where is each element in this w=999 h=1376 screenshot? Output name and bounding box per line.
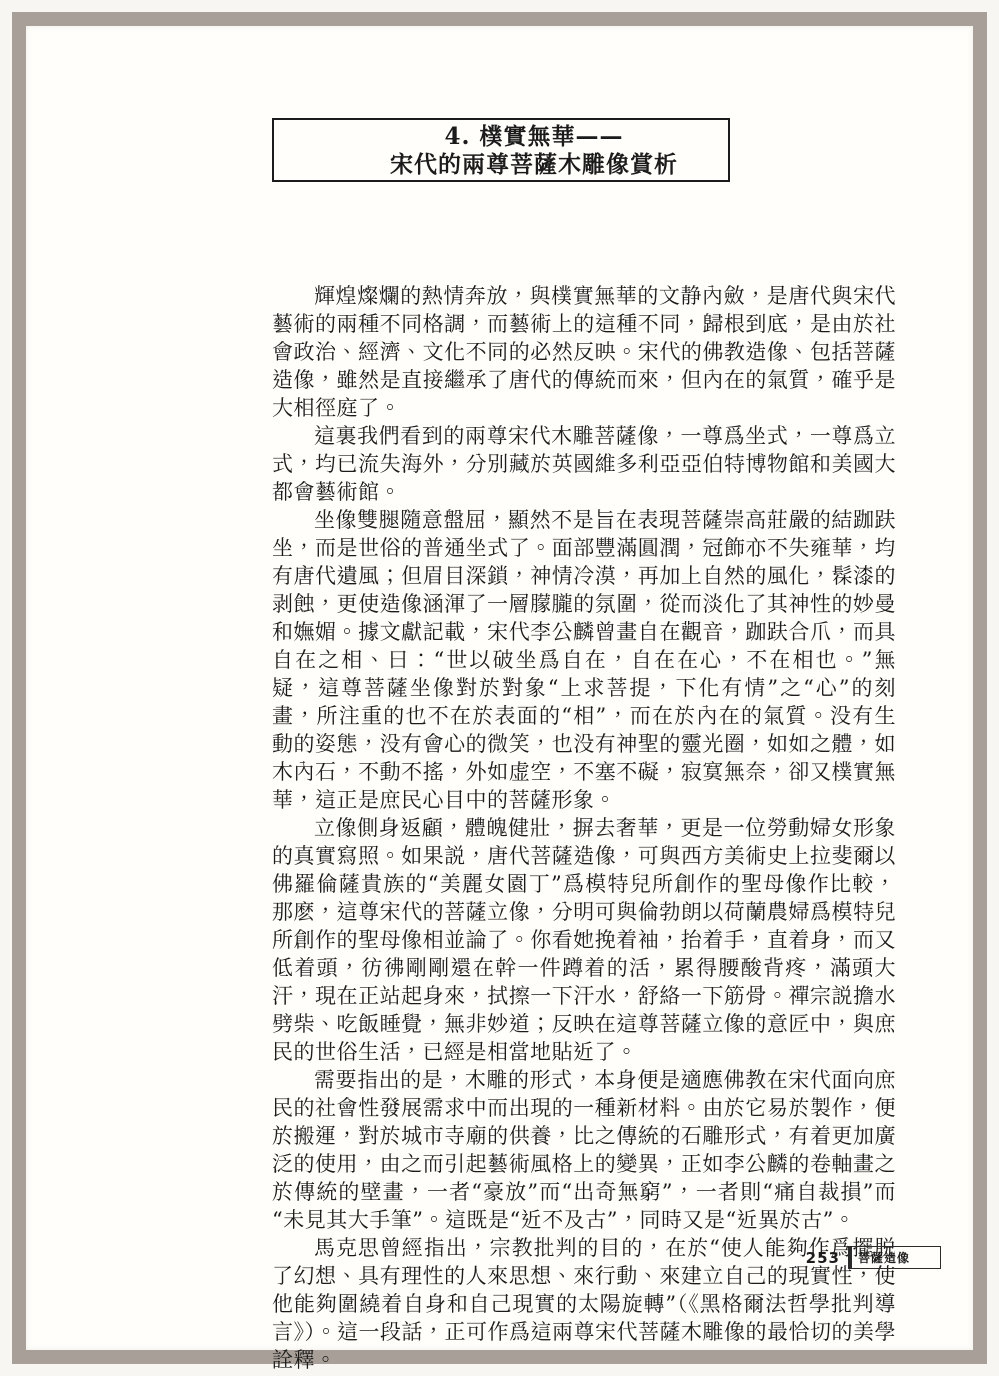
chapter-title-line-1: 4. 樸實無華—— xyxy=(340,123,728,151)
chapter-title-line-2: 宋代的兩尊菩薩木雕像賞析 xyxy=(340,151,728,179)
paragraph-3: 坐像雙腿隨意盤屈，顯然不是旨在表現菩薩崇高莊嚴的結跏趺坐，而是世俗的普通坐式了。… xyxy=(272,506,896,814)
body-text: 輝煌燦爛的熱情奔放，與樸實無華的文静內斂，是唐代與宋代藝術的兩種不同格調，而藝術… xyxy=(272,282,896,1374)
paragraph-6: 馬克思曾經指出，宗教批判的目的，在於“使人能夠作爲擺脱了幻想、具有理性的人來思想… xyxy=(272,1234,896,1374)
page-footer: 253 菩薩造像 xyxy=(806,1246,941,1269)
page-number: 253 xyxy=(806,1249,840,1267)
paragraph-4: 立像側身返顧，體魄健壯，摒去奢華，更是一位勞動婦女形象的真實寫照。如果説，唐代菩… xyxy=(272,814,896,1066)
paragraph-2: 這裏我們看到的兩尊宋代木雕菩薩像，一尊爲坐式，一尊爲立式，均已流失海外，分別藏於… xyxy=(272,422,896,506)
chapter-title-box: 4. 樸實無華—— 宋代的兩尊菩薩木雕像賞析 xyxy=(272,118,730,182)
paragraph-1: 輝煌燦爛的熱情奔放，與樸實無華的文静內斂，是唐代與宋代藝術的兩種不同格調，而藝術… xyxy=(272,282,896,422)
book-page: 4. 樸實無華—— 宋代的兩尊菩薩木雕像賞析 輝煌燦爛的熱情奔放，與樸實無華的文… xyxy=(26,26,973,1350)
scan-border-frame: 4. 樸實無華—— 宋代的兩尊菩薩木雕像賞析 輝煌燦爛的熱情奔放，與樸實無華的文… xyxy=(12,12,987,1364)
paragraph-5: 需要指出的是，木雕的形式，本身便是適應佛教在宋代面向庶民的社會性發展需求中而出現… xyxy=(272,1066,896,1234)
section-label: 菩薩造像 xyxy=(848,1246,941,1269)
